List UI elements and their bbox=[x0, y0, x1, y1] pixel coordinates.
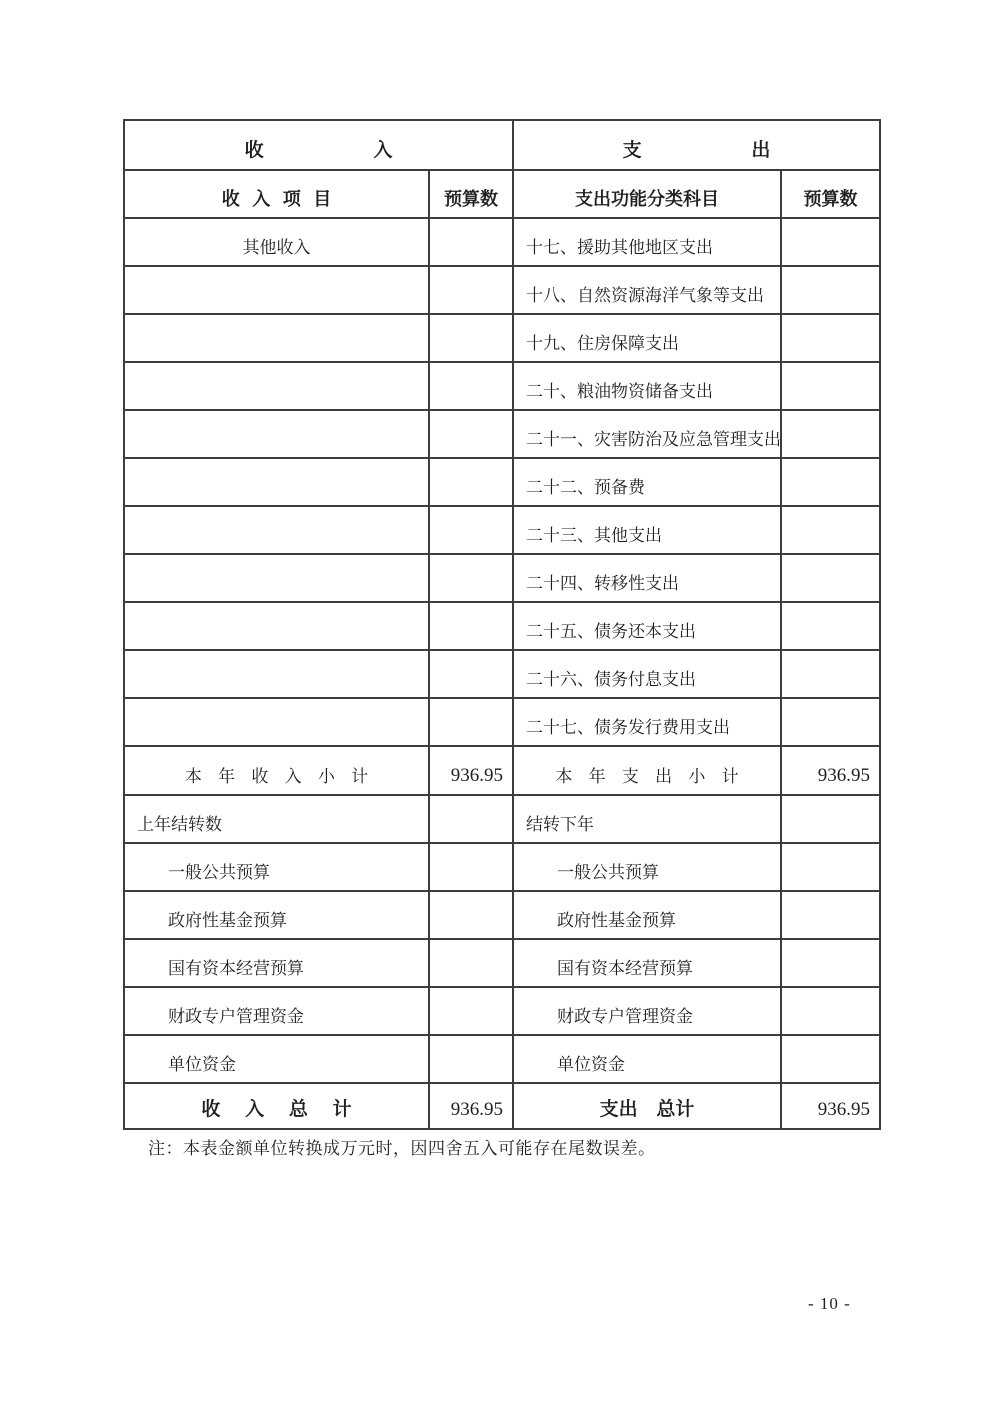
income-section-title: 收 入 bbox=[124, 120, 513, 170]
income-item-cell bbox=[124, 506, 429, 554]
income-budget-cell bbox=[429, 891, 513, 939]
expense-func-column-header: 支出功能分类科目 bbox=[513, 170, 781, 218]
subtotal-row: 本 年 收 入 小 计 936.95 本 年 支 出 小 计 936.95 bbox=[124, 746, 880, 795]
expense-item-cell: 二十二、预备费 bbox=[513, 458, 781, 506]
expense-budget-cell bbox=[781, 554, 880, 602]
income-item-cell: 上年结转数 bbox=[124, 795, 429, 843]
table-row: 二十六、债务付息支出 bbox=[124, 650, 880, 698]
income-item-column-header: 收 入 项 目 bbox=[124, 170, 429, 218]
table-row: 政府性基金预算 政府性基金预算 bbox=[124, 891, 880, 939]
income-item-cell bbox=[124, 314, 429, 362]
income-total-label: 收 入 总 计 bbox=[124, 1083, 429, 1129]
income-budget-cell bbox=[429, 795, 513, 843]
income-budget-cell bbox=[429, 458, 513, 506]
section-header-row: 收 入 支 出 bbox=[124, 120, 880, 170]
income-item-cell: 财政专户管理资金 bbox=[124, 987, 429, 1035]
expense-budget-cell bbox=[781, 362, 880, 410]
expense-total-label: 支出 总计 bbox=[513, 1083, 781, 1129]
income-item-cell bbox=[124, 698, 429, 746]
table-row: 二十一、灾害防治及应急管理支出 bbox=[124, 410, 880, 458]
income-budget-cell bbox=[429, 554, 513, 602]
income-item-cell bbox=[124, 362, 429, 410]
expense-budget-cell bbox=[781, 410, 880, 458]
income-budget-cell bbox=[429, 506, 513, 554]
expense-item-cell: 二十六、债务付息支出 bbox=[513, 650, 781, 698]
expense-item-cell: 十七、援助其他地区支出 bbox=[513, 218, 781, 266]
table-row: 二十三、其他支出 bbox=[124, 506, 880, 554]
table-row: 二十五、债务还本支出 bbox=[124, 602, 880, 650]
expense-budget-cell bbox=[781, 218, 880, 266]
expense-item-cell: 二十四、转移性支出 bbox=[513, 554, 781, 602]
budget-table: 收 入 支 出 收 入 项 目 预算数 支出功能分类科目 预算数 其他收入 十七… bbox=[123, 119, 881, 1130]
income-budget-cell bbox=[429, 410, 513, 458]
income-budget-cell bbox=[429, 362, 513, 410]
footnote: 注：本表金额单位转换成万元时，因四舍五入可能存在尾数误差。 bbox=[148, 1134, 788, 1159]
expense-item-cell: 十九、住房保障支出 bbox=[513, 314, 781, 362]
expense-item-cell: 十八、自然资源海洋气象等支出 bbox=[513, 266, 781, 314]
expense-subtotal-label: 本 年 支 出 小 计 bbox=[513, 746, 781, 795]
column-header-row: 收 入 项 目 预算数 支出功能分类科目 预算数 bbox=[124, 170, 880, 218]
page-number: - 10 - bbox=[808, 1294, 851, 1314]
table-row: 其他收入 十七、援助其他地区支出 bbox=[124, 218, 880, 266]
expense-item-cell: 单位资金 bbox=[513, 1035, 781, 1083]
table-row: 二十二、预备费 bbox=[124, 458, 880, 506]
income-item-cell bbox=[124, 458, 429, 506]
expense-budget-cell bbox=[781, 987, 880, 1035]
expense-budget-column-header: 预算数 bbox=[781, 170, 880, 218]
income-item-cell: 一般公共预算 bbox=[124, 843, 429, 891]
income-budget-cell bbox=[429, 266, 513, 314]
table-row: 国有资本经营预算 国有资本经营预算 bbox=[124, 939, 880, 987]
income-item-cell: 其他收入 bbox=[124, 218, 429, 266]
income-subtotal-value: 936.95 bbox=[429, 746, 513, 795]
expense-budget-cell bbox=[781, 891, 880, 939]
income-budget-column-header: 预算数 bbox=[429, 170, 513, 218]
expense-budget-cell bbox=[781, 458, 880, 506]
income-budget-cell bbox=[429, 1035, 513, 1083]
expense-budget-cell bbox=[781, 602, 880, 650]
income-budget-cell bbox=[429, 939, 513, 987]
table-row: 一般公共预算 一般公共预算 bbox=[124, 843, 880, 891]
expense-item-cell: 国有资本经营预算 bbox=[513, 939, 781, 987]
table-row: 财政专户管理资金 财政专户管理资金 bbox=[124, 987, 880, 1035]
table-row: 上年结转数 结转下年 bbox=[124, 795, 880, 843]
expense-item-cell: 二十五、债务还本支出 bbox=[513, 602, 781, 650]
table-row: 十八、自然资源海洋气象等支出 bbox=[124, 266, 880, 314]
document-page: 收 入 支 出 收 入 项 目 预算数 支出功能分类科目 预算数 其他收入 十七… bbox=[0, 0, 1000, 1414]
expense-item-cell: 政府性基金预算 bbox=[513, 891, 781, 939]
income-budget-cell bbox=[429, 843, 513, 891]
income-budget-cell bbox=[429, 650, 513, 698]
income-budget-cell bbox=[429, 602, 513, 650]
expense-item-cell: 财政专户管理资金 bbox=[513, 987, 781, 1035]
income-item-cell bbox=[124, 554, 429, 602]
income-item-cell: 单位资金 bbox=[124, 1035, 429, 1083]
table-row: 二十四、转移性支出 bbox=[124, 554, 880, 602]
income-total-value: 936.95 bbox=[429, 1083, 513, 1129]
income-item-cell: 政府性基金预算 bbox=[124, 891, 429, 939]
table-row: 二十七、债务发行费用支出 bbox=[124, 698, 880, 746]
income-budget-cell bbox=[429, 698, 513, 746]
expense-budget-cell bbox=[781, 939, 880, 987]
income-item-cell: 国有资本经营预算 bbox=[124, 939, 429, 987]
income-item-cell bbox=[124, 602, 429, 650]
income-item-cell bbox=[124, 650, 429, 698]
expense-section-title: 支 出 bbox=[513, 120, 880, 170]
expense-budget-cell bbox=[781, 266, 880, 314]
income-subtotal-label: 本 年 收 入 小 计 bbox=[124, 746, 429, 795]
expense-budget-cell bbox=[781, 698, 880, 746]
expense-budget-cell bbox=[781, 1035, 880, 1083]
expense-total-value: 936.95 bbox=[781, 1083, 880, 1129]
expense-budget-cell bbox=[781, 795, 880, 843]
total-row: 收 入 总 计 936.95 支出 总计 936.95 bbox=[124, 1083, 880, 1129]
expense-item-cell: 一般公共预算 bbox=[513, 843, 781, 891]
table-row: 十九、住房保障支出 bbox=[124, 314, 880, 362]
expense-item-cell: 二十三、其他支出 bbox=[513, 506, 781, 554]
expense-budget-cell bbox=[781, 843, 880, 891]
expense-subtotal-value: 936.95 bbox=[781, 746, 880, 795]
expense-budget-cell bbox=[781, 314, 880, 362]
expense-item-cell: 结转下年 bbox=[513, 795, 781, 843]
expense-item-cell: 二十一、灾害防治及应急管理支出 bbox=[513, 410, 781, 458]
income-budget-cell bbox=[429, 987, 513, 1035]
income-item-cell bbox=[124, 266, 429, 314]
income-budget-cell bbox=[429, 314, 513, 362]
expense-item-cell: 二十、粮油物资储备支出 bbox=[513, 362, 781, 410]
income-item-cell bbox=[124, 410, 429, 458]
table-row: 二十、粮油物资储备支出 bbox=[124, 362, 880, 410]
table-row: 单位资金 单位资金 bbox=[124, 1035, 880, 1083]
expense-budget-cell bbox=[781, 650, 880, 698]
expense-budget-cell bbox=[781, 506, 880, 554]
expense-item-cell: 二十七、债务发行费用支出 bbox=[513, 698, 781, 746]
income-budget-cell bbox=[429, 218, 513, 266]
